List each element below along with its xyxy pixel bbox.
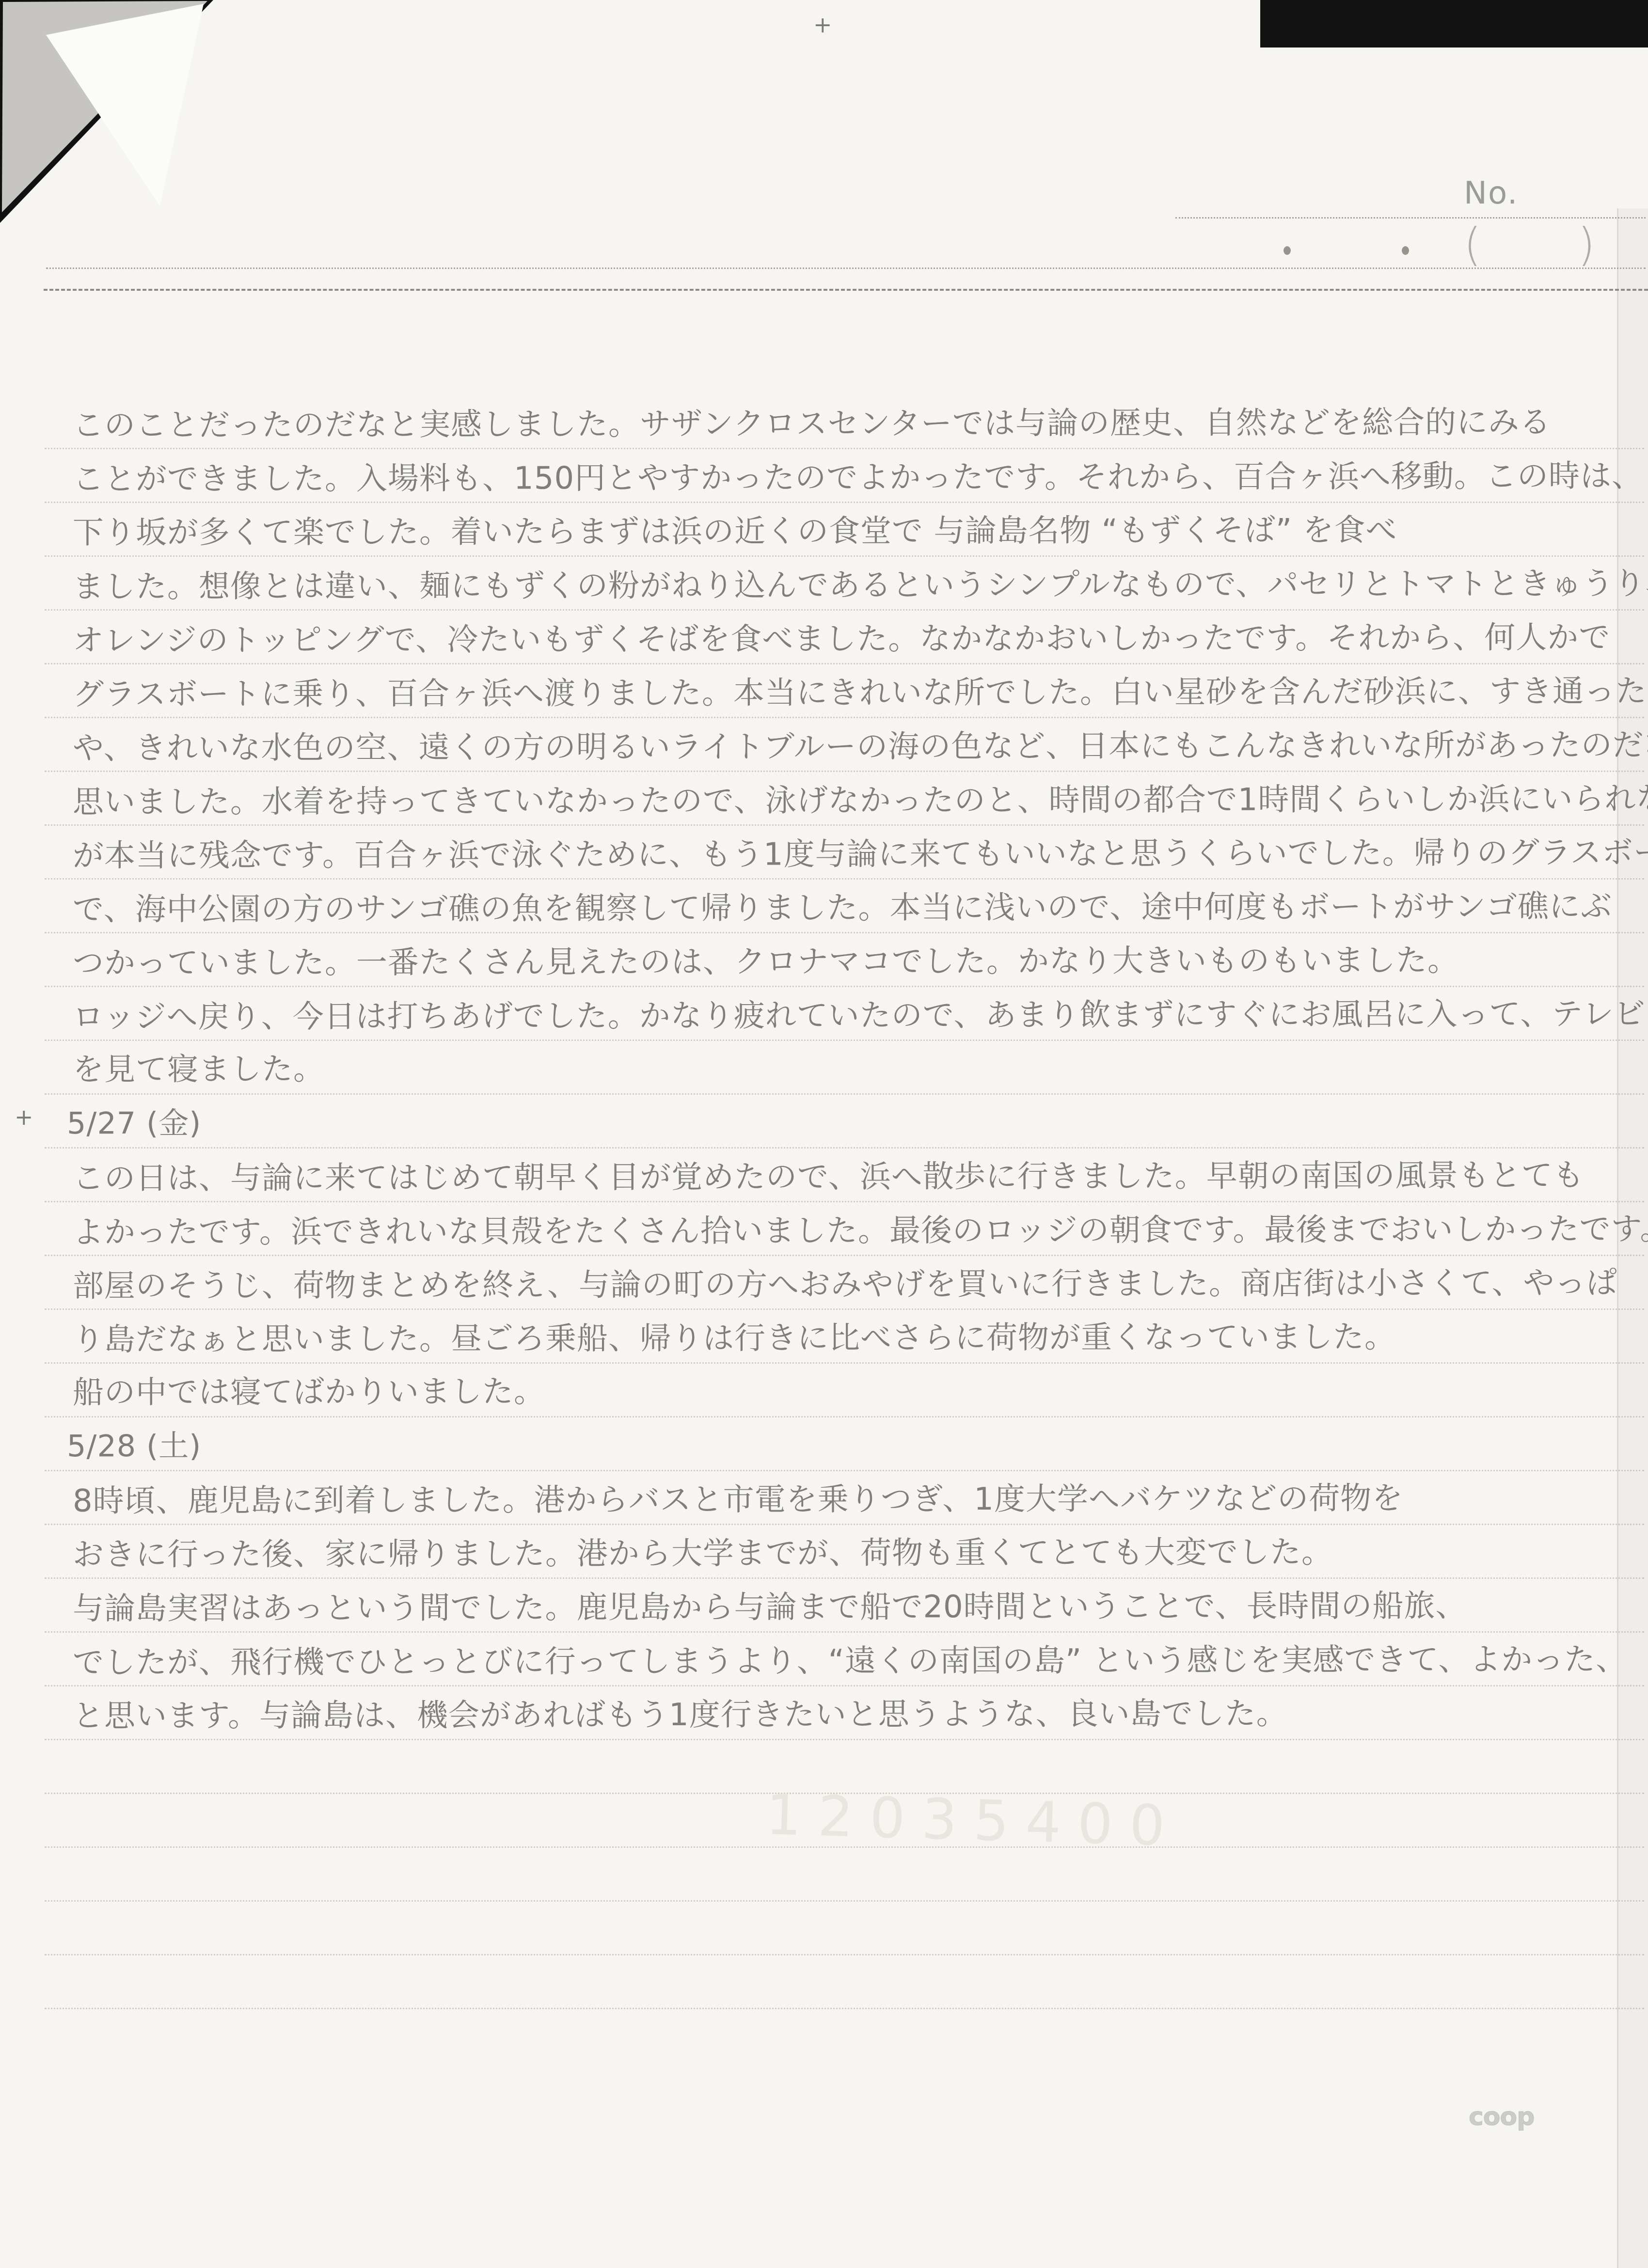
diary-text-line: り島だなぁと思いました。昼ごろ乗船、帰りは行きに比べさらに荷物が重くなっていまし… [73,1315,1396,1362]
ruled-line [45,448,1644,449]
diary-text-line: ました。想像とは違い、麺にもずくの粉がねり込んであるというシンプルなもので、パセ… [73,562,1648,609]
header-rule-lower [44,289,1648,291]
scanned-diary-page: + + No. ( ) このことだったのだなと実感しました。サザンクロスセンター… [0,0,1648,2268]
diary-text-line: この日は、与論に来てはじめて朝早く目が覚めたので、浜へ散歩に行きました。早朝の南… [73,1154,1585,1201]
diary-text-line: 与論島実習はあっという間でした。鹿児島から与論まで船で20時間ということで、長時… [73,1584,1467,1631]
ruled-line [45,1524,1644,1525]
ruled-line [45,1147,1644,1149]
diary-text-line: でしたが、飛行機でひとっとびに行ってしまうより、“遠くの南国の島” という感じを… [73,1638,1627,1685]
ruled-line [45,1201,1644,1202]
ruled-line [45,1954,1644,1955]
diary-text-line: 8時頃、鹿児島に到着しました。港からバスと市電を乗りつぎ、1度大学へバケツなどの… [73,1477,1403,1523]
diary-text-line: を見て寝ました。 [73,1047,325,1091]
diary-text-line: グラスボートに乗り、百合ヶ浜へ渡りました。本当にきれいな所でした。白い星砂を含ん… [73,670,1648,717]
diary-text-line: ロッジへ戻り、今日は打ちあげでした。かなり疲れていたので、あまり飲まずにすぐにお… [73,992,1646,1039]
ruled-line [45,1362,1644,1364]
ruled-line [45,1416,1644,1417]
diary-text-line: このことだったのだなと実感しました。サザンクロスセンターでは与論の歴史、自然など… [73,401,1551,447]
ruled-line [45,663,1644,664]
ruled-line [45,1631,1644,1633]
scanner-background-top-strip [1260,0,1648,47]
diary-text-line: オレンジのトッピングで、冷たいもずくそばを食べました。なかなかおいしかったです。… [73,616,1610,663]
ruled-line [45,1470,1644,1471]
page-number-line [1175,217,1646,219]
page-number-label: No. [1464,175,1518,211]
ruled-line [45,1577,1644,1579]
ruled-line [45,1255,1644,1256]
ruled-line [45,502,1644,503]
header-dot [1284,246,1291,255]
diary-text-line: 部屋のそうじ、荷物まとめを終え、与論の町の方へおみやげを買いに行きました。商店街… [73,1261,1618,1308]
diary-text-line: 下り坂が多くて楽でした。着いたらまずは浜の近くの食堂で 与論島名物 “もずくそば… [73,508,1397,555]
diary-text-line: つかっていました。一番たくさん見えたのは、クロナマコでした。かなり大きいものもい… [73,939,1459,985]
registration-cross-top: + [813,14,832,36]
ruled-line [45,609,1644,611]
registration-cross-left: + [15,1106,33,1128]
diary-text-line: 船の中では寝てばかりいました。 [73,1370,545,1415]
diary-text-line: よかったです。浜できれいな貝殻をたくさん拾いました。最後のロッジの朝食です。最後… [73,1208,1648,1255]
ruled-line [45,717,1644,718]
ruled-line [45,771,1644,772]
ruled-line [45,1093,1644,1095]
ruled-line [45,986,1644,987]
ruled-line [45,1900,1644,1902]
header-paren-open: ( [1464,219,1481,271]
ruled-line [45,824,1644,826]
bleed-through-digits: 12035400 [765,1782,1182,1859]
diary-text-line: と思います。与論島は、機会があればもう1度行きたいと思うような、良い島でした。 [73,1692,1288,1738]
diary-date-heading: 5/27 (金) [67,1102,202,1146]
ruled-line [45,2008,1644,2009]
ruled-line [45,1685,1644,1686]
header-rule-upper [46,268,1646,269]
ruled-line [45,1039,1644,1041]
diary-text-line: で、海中公園の方のサンゴ礁の魚を観察して帰りました。本当に浅いので、途中何度もボ… [73,885,1612,932]
ruled-line [45,555,1644,557]
diary-date-heading: 5/28 (土) [67,1424,202,1468]
header-dot [1402,246,1409,255]
diary-text-line: ことができました。入場料も、150円とやすかったのでよかったです。それから、百合… [73,455,1643,502]
coop-paper-logo: coop [1469,2102,1535,2131]
diary-text-line: や、きれいな水色の空、遠くの方の明るいライトブルーの海の色など、日本にもこんなき… [73,723,1648,770]
diary-text-line: おきに行った後、家に帰りました。港から大学までが、荷物も重くてとても大変でした。 [73,1530,1333,1576]
ruled-line [45,878,1644,880]
header-paren-close: ) [1578,219,1595,271]
ruled-line [45,1739,1644,1740]
ruled-line [45,932,1644,933]
ruled-line [45,1308,1644,1310]
diary-text-line: が本当に残念です。百合ヶ浜で泳ぐために、もう1度与論に来てもいいなと思うくらいで… [73,831,1648,878]
diary-text-line: 思いました。水着を持ってきていなかったので、泳げなかったのと、時間の都合で1時間… [73,777,1648,824]
